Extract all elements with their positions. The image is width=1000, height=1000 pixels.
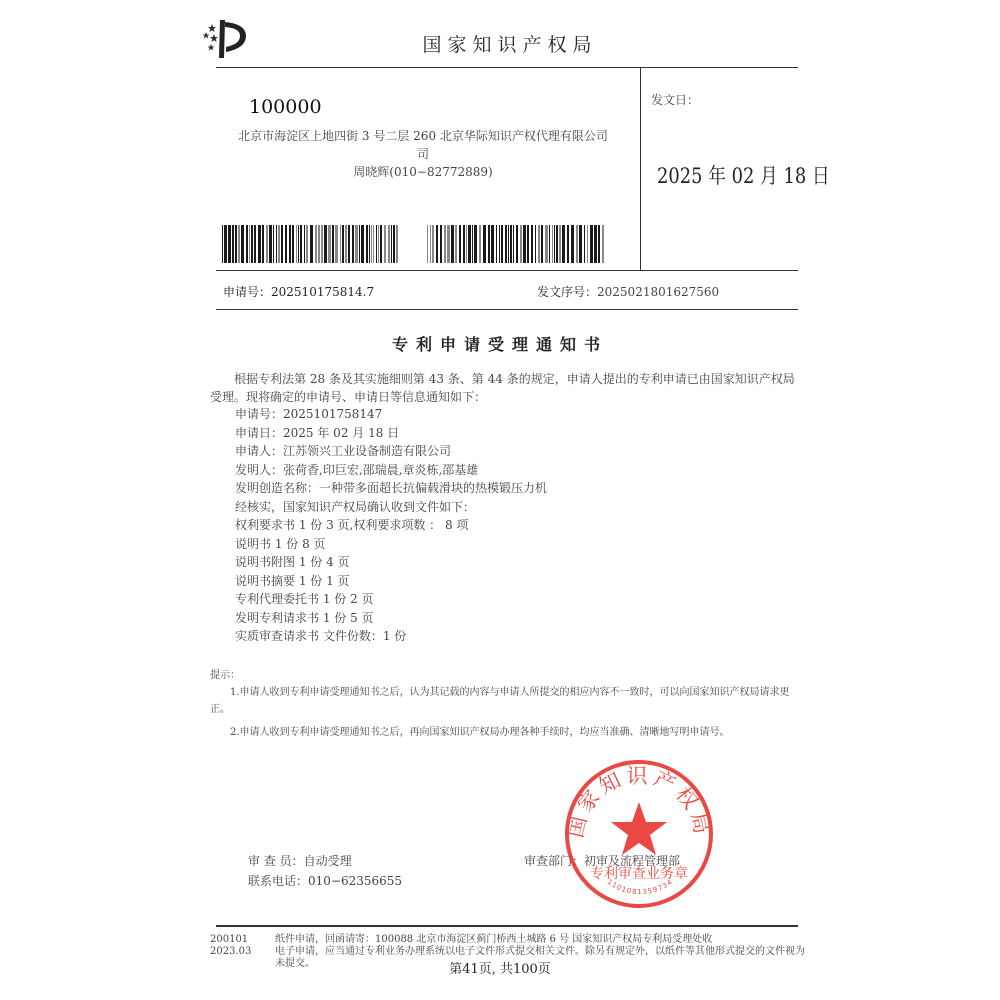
field-label: 发明人： (235, 463, 283, 477)
tips-label: 提示： (210, 666, 240, 681)
header-divider (216, 67, 798, 68)
footer-divider (216, 925, 798, 927)
field-value: 2025101758147 (283, 407, 382, 421)
field-value: 江苏领兴工业设备制造有限公司 (283, 444, 451, 458)
tip-item: 1.申请人收到专利申请受理通知书之后，认为其记载的内容与申请人所提交的相应内容不… (210, 684, 800, 718)
ids-divider (216, 309, 798, 310)
info-field: 申请人：江苏领兴工业设备制造有限公司 (235, 442, 547, 461)
field-value: 2025 年 02 月 18 日 (283, 426, 399, 440)
document-item: 专利代理委托书 1 份 2 页 (235, 590, 547, 609)
paper-submission-note: 纸件申请，回函请寄：100088 北京市海淀区蓟门桥西土城路 6 号 国家知识产… (275, 934, 805, 946)
barcode-1 (222, 225, 400, 263)
barcode-divider (216, 270, 798, 271)
contact-phone: 联系电话：010−62356655 (248, 872, 402, 889)
postcode: 100000 (249, 96, 322, 118)
recipient-address: 北京市海淀区上地四街 3 号二层 260 北京华际知识产权代理有限公司 司 (228, 127, 618, 163)
form-codes: 200101 2023.03 (210, 934, 251, 958)
notice-info-list: 申请号：2025101758147 申请日：2025 年 02 月 18 日 申… (235, 405, 547, 646)
document-item: 说明书 1 份 8 页 (235, 535, 547, 554)
form-code: 200101 (210, 934, 251, 946)
page-indicator: 第41页, 共100页 (400, 958, 600, 977)
official-seal-icon: 国家知识产权局 专利审查业务章 1101081359734 (563, 758, 715, 910)
document-item: 实质审查请求书 文件份数：1 份 (235, 627, 547, 646)
application-number-label: 申请号： (223, 285, 271, 299)
info-field: 发明人：张荷香,印巨宏,邵瑞晨,章炎栋,邵基雄 (235, 461, 547, 480)
barcode-2 (427, 225, 605, 263)
tip-item: 2.申请人收到专利申请受理通知书之后，再向国家知识产权局办理各种手续时，均应当准… (210, 724, 800, 741)
field-value: 一种带多面超长抗偏载滑块的热模锻压力机 (319, 481, 547, 495)
form-version: 2023.03 (210, 946, 251, 958)
document-item: 权利要求书 1 份 3 页,权利要求项数 ： 8 项 (235, 516, 547, 535)
tips-list: 1.申请人收到专利申请受理通知书之后，认为其记载的内容与申请人所提交的相应内容不… (210, 684, 800, 747)
date-column-divider (640, 67, 641, 270)
notice-intro: 根据专利法第 28 条及其实施细则第 43 条、第 44 条的规定，申请人提出的… (210, 370, 800, 406)
info-field: 经核实，国家知识产权局确认收到文件如下： (235, 498, 547, 517)
document-serial-label: 发文序号： (537, 285, 597, 299)
application-number-row: 申请号：202510175814.7 (223, 283, 374, 300)
application-number: 202510175814.7 (271, 285, 374, 299)
info-field: 申请号：2025101758147 (235, 405, 547, 424)
notice-title: 专利申请受理通知书 (300, 332, 700, 355)
examiner: 审 查 员：自动受理 (248, 852, 352, 869)
field-label: 发明创造名称： (235, 481, 319, 495)
agent-contact: 周晓辉(010−82772889) (228, 163, 618, 180)
field-label: 申请人： (235, 444, 283, 458)
send-date: 2025 年 02 月 18 日 (657, 160, 830, 190)
cnipa-logo-icon (198, 16, 254, 62)
svg-text:专利审查业务章: 专利审查业务章 (590, 865, 688, 882)
field-label: 申请号： (235, 407, 283, 421)
document-item: 说明书附图 1 份 4 页 (235, 553, 547, 572)
address-line: 北京市海淀区上地四街 3 号二层 260 北京华际知识产权代理有限公司 (228, 127, 618, 145)
info-field: 申请日：2025 年 02 月 18 日 (235, 424, 547, 443)
field-value: 张荷香,印巨宏,邵瑞晨,章炎栋,邵基雄 (283, 463, 478, 477)
document-serial: 2025021801627560 (597, 285, 719, 299)
send-date-label: 发文日： (651, 91, 699, 108)
document-serial-row: 发文序号：2025021801627560 (537, 283, 719, 300)
document-item: 发明专利请求书 1 份 5 页 (235, 609, 547, 628)
org-title: 国家知识产权局 (380, 30, 640, 57)
document-item: 说明书摘要 1 份 1 页 (235, 572, 547, 591)
field-label: 申请日： (235, 426, 283, 440)
info-field: 发明创造名称：一种带多面超长抗偏载滑块的热模锻压力机 (235, 479, 547, 498)
field-label: 经核实，国家知识产权局确认收到文件如下： (235, 500, 475, 514)
address-wrap: 司 (228, 145, 618, 163)
